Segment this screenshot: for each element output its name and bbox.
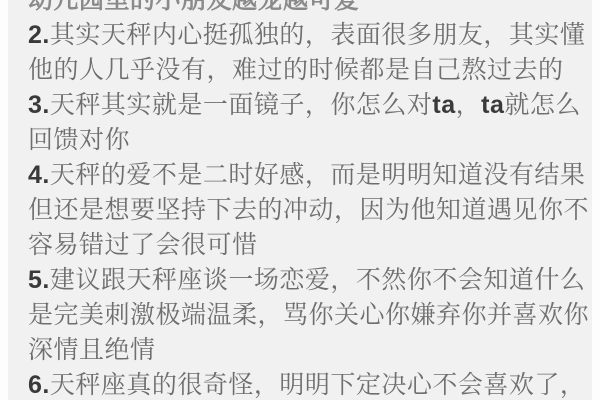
bold-text-segment: 幼儿园里的小朋友越宠越可爱 [28, 0, 360, 14]
bold-text-segment: 2. [28, 21, 50, 49]
line-2-item2-start: 2.其实天秤内心挺孤独的，表面很多朋友，其实懂 [28, 18, 588, 53]
line-1-clipped-top: 幼儿园里的小朋友越宠越可爱 [28, 0, 588, 18]
text-segment: 但还是想要坚持下去的冲动，因为他知道遇见你不 [28, 196, 589, 224]
text-segment: 就怎么 [504, 91, 581, 119]
line-10-item5-cont: 是完美刺激极端温柔，骂你关心你嫌弃你并喜欢你 [28, 298, 588, 333]
text-image-page: 幼儿园里的小朋友越宠越可爱2.其实天秤内心挺孤独的，表面很多朋友，其实懂他的人几… [0, 0, 600, 400]
text-segment: 是完美刺激极端温柔，骂你关心你嫌弃你并喜欢你 [28, 301, 589, 329]
text-segment: 天秤座真的很奇怪，明明下定决心不会喜欢了， [50, 371, 586, 399]
text-segment: 建议跟天秤座谈一场恋爱，不然你不会知道什么 [50, 266, 586, 294]
bold-text-segment: ta [432, 91, 455, 119]
line-12-item6-start: 6.天秤座真的很奇怪，明明下定决心不会喜欢了， [28, 368, 588, 400]
text-segment: 天秤的爱不是二时好感，而是明明知道没有结果 [50, 161, 586, 189]
text-block: 幼儿园里的小朋友越宠越可爱2.其实天秤内心挺孤独的，表面很多朋友，其实懂他的人几… [28, 0, 588, 400]
text-segment: 回馈对你 [28, 126, 130, 154]
text-segment: 其实天秤内心挺孤独的，表面很多朋友，其实懂 [50, 21, 586, 49]
line-11-item5-cont: 深情且绝情 [28, 333, 588, 368]
bold-text-segment: ta [481, 91, 504, 119]
line-9-item5-start: 5.建议跟天秤座谈一场恋爱，不然你不会知道什么 [28, 263, 588, 298]
line-5-item3-cont: 回馈对你 [28, 123, 588, 158]
text-segment: 容易错过了会很可惜 [28, 231, 258, 259]
line-6-item4-start: 4.天秤的爱不是二时好感，而是明明知道没有结果 [28, 158, 588, 193]
line-4-item3-start: 3.天秤其实就是一面镜子，你怎么对ta，ta就怎么 [28, 88, 588, 123]
bold-text-segment: 5. [28, 266, 50, 294]
text-segment: 他的人几乎没有，难过的时候都是自己熬过去的 [28, 56, 564, 84]
text-segment: ， [456, 91, 482, 119]
line-7-item4-cont: 但还是想要坚持下去的冲动，因为他知道遇见你不 [28, 193, 588, 228]
bold-text-segment: 4. [28, 161, 50, 189]
text-segment: 深情且绝情 [28, 336, 156, 364]
line-3-item2-cont: 他的人几乎没有，难过的时候都是自己熬过去的 [28, 53, 588, 88]
line-8-item4-cont: 容易错过了会很可惜 [28, 228, 588, 263]
bold-text-segment: 3. [28, 91, 50, 119]
text-segment: 天秤其实就是一面镜子，你怎么对 [50, 91, 433, 119]
bold-text-segment: 6. [28, 371, 50, 399]
